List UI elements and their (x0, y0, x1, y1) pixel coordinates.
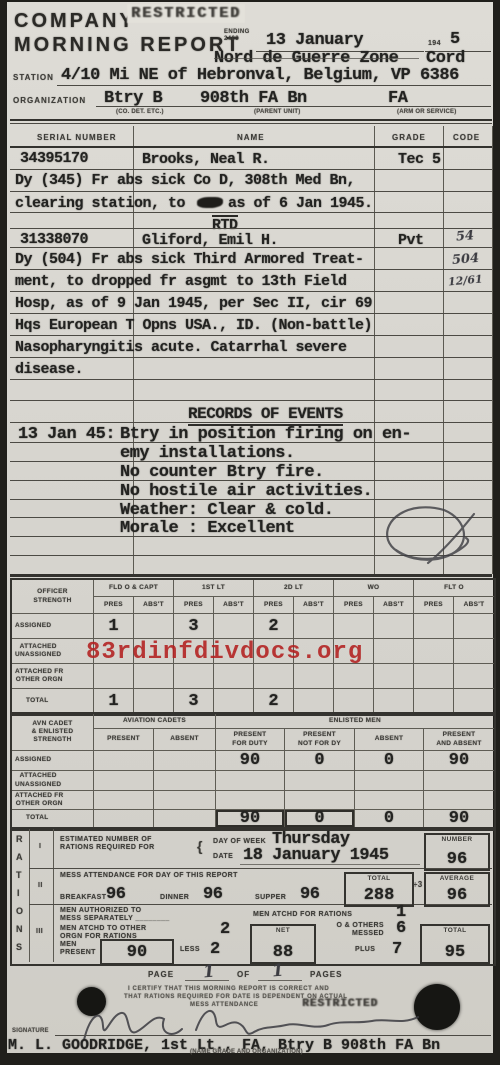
brace: { (197, 838, 203, 855)
col-group-flt-o: FLT O (444, 584, 464, 592)
officer-assigned-1lt-pres: 3 (188, 618, 198, 635)
rations-estimated-label: ESTIMATED NUMBER OF RATIONS REQUIRED FOR (60, 836, 155, 853)
roster-remark: Hosp, as of 9 Jan 1945, per Sec II, cir … (15, 296, 372, 312)
atchd-for-rations-label: MEN ATCHD FOR RATIONS (253, 911, 352, 919)
roster-remark: ment, to dropped fr asgmt to 13th Field (15, 274, 347, 290)
em-total-present-not: 0 (314, 810, 324, 827)
roster-serial: 31338070 (20, 232, 88, 248)
number-label: NUMBER (442, 836, 473, 843)
net-label: NET (276, 927, 290, 934)
roster-col-code: CODE (453, 133, 480, 143)
less-label: LESS (180, 946, 200, 954)
subcol-em-absent: ABSENT (375, 735, 404, 743)
date-value: 18 January 1945 (243, 847, 389, 865)
roster-remark: Dy (345) Fr abs sick Co D, 308th Med Bn, (15, 173, 355, 189)
rations-letter: T (16, 870, 22, 881)
rations-letter: R (16, 834, 23, 845)
rations-numeral-i: I (39, 843, 41, 851)
form-title-line1: COMPANY (14, 11, 136, 31)
roster-grade: Tec 5 (398, 152, 441, 168)
subcol-abst: ABS'T (303, 601, 324, 609)
form-title-line2: MORNING REPORT (14, 35, 242, 55)
plus-label: PLUS (355, 946, 375, 954)
em-assigned-absent: 0 (384, 752, 394, 769)
em-total-present-duty: 90 (240, 810, 260, 827)
em-assigned-present-not: 0 (314, 752, 324, 769)
subcol-cadet-absent: ABSENT (170, 735, 199, 743)
station-label: STATION (13, 73, 54, 83)
date-label: DATE (213, 853, 233, 861)
ending-2400-label: ENDING 2400 (224, 29, 250, 43)
organization-label: ORGANIZATION (13, 96, 86, 106)
signature-label: SIGNATURE (12, 1028, 49, 1035)
subcol-abst: ABS'T (464, 601, 485, 609)
roster-col-grade: GRADE (392, 133, 426, 143)
dinner-label: DINNER (160, 894, 189, 902)
roster-remark: as of 6 Jan 1945. (228, 196, 373, 212)
col-group-enlisted-men: ENLISTED MEN (329, 717, 381, 725)
average-value: 96 (447, 887, 467, 904)
rations-average-box: AVERAGE 96 (424, 872, 490, 907)
col-group-fldo-capt: FLD O & CAPT (109, 584, 158, 592)
subcol-cadet-present: PRESENT (107, 735, 140, 743)
page-label: PAGE (148, 970, 174, 980)
enlisted-strength-title: AVN CADET & ENLISTED STRENGTH (32, 720, 74, 744)
rations-letter: S (16, 942, 22, 953)
scan-edge-top (0, 0, 500, 2)
em-assigned-present-absent: 90 (449, 752, 469, 769)
rations-net-box: NET 88 (250, 924, 316, 964)
subcol-em-present-not: PRESENT NOT FOR DY (298, 731, 341, 747)
officer-total-1lt-pres: 3 (188, 693, 198, 710)
row-label-attached-unassigned: ATTACHED UNASSIGNED (15, 643, 61, 659)
less-value: 2 (210, 941, 220, 959)
rations-total-box: TOTAL 288 (344, 872, 414, 907)
handwritten-q-flourish (372, 500, 482, 572)
station-value: 4/10 Mi NE of Hebronval, Belgium, VP 638… (61, 67, 459, 85)
breakfast-value: 96 (106, 886, 125, 904)
roster-correction-rtd: RTD (212, 215, 238, 234)
row-label-assigned: ASSIGNED (15, 756, 51, 764)
em-total-present-absent: 90 (449, 810, 469, 827)
scan-edge-left (0, 0, 7, 1065)
supper-value: 96 (300, 886, 319, 904)
total-value: 288 (364, 887, 395, 904)
subcol-pres: PRES (264, 601, 283, 609)
code-handwritten: 504 (451, 252, 479, 267)
code-handwritten: 54 (455, 229, 474, 244)
em-assigned-present-duty: 90 (240, 752, 260, 769)
subcol-pres: PRES (424, 601, 443, 609)
col-group-2d-lt: 2D LT (284, 584, 303, 592)
officer-total-fldo-pres: 1 (108, 693, 118, 710)
supper-label: SUPPER (255, 894, 286, 902)
rations-numeral-ii: II (38, 882, 43, 890)
row-label-attached-fr-other: ATTACHED FR OTHER ORGN (15, 668, 64, 684)
breakfast-label: BREAKFAST (60, 894, 106, 902)
subcol-abst: ABS'T (223, 601, 244, 609)
roster-name: Brooks, Neal R. (142, 152, 270, 168)
rations-letter: A (16, 852, 23, 863)
subcol-em-present-absent: PRESENT AND ABSENT (436, 731, 481, 747)
restricted-stamp-top: RESTRICTED (127, 4, 245, 23)
col-group-1st-lt: 1ST LT (202, 584, 225, 592)
dinner-value: 96 (203, 886, 222, 904)
row-label-attached-unassigned: ATTACHED UNASSIGNED (15, 772, 61, 788)
roster-serial: 34395170 (20, 151, 88, 167)
others-messed-value: 6 (396, 920, 406, 938)
roster-remark: disease. (15, 362, 83, 378)
plus-value: 7 (392, 941, 402, 959)
officer-assigned-2lt-pres: 2 (268, 618, 278, 635)
total-label: TOTAL (443, 927, 466, 934)
average-label: AVERAGE (440, 875, 474, 882)
page-number: 1 (202, 964, 215, 982)
correction-blot (197, 197, 223, 208)
men-present-box: 90 (100, 939, 174, 965)
roster-remark: clearing station, to (15, 196, 185, 212)
subcol-pres: PRES (344, 601, 363, 609)
year-value: 5 (450, 31, 460, 49)
men-present-label: MEN PRESENT (60, 941, 96, 958)
atchd-other-orgn-value: 2 (220, 921, 230, 939)
subcol-pres: PRES (104, 601, 123, 609)
report-date-value: 13 January (266, 32, 363, 50)
divide-by-3-note: ÷3 (413, 880, 423, 890)
enlisted-strength-table: AVN CADET & ENLISTED STRENGTH AVIATION C… (10, 712, 496, 829)
org-sublabel-parent: (PARENT UNIT) (254, 109, 300, 116)
pages-label: PAGES (310, 970, 342, 980)
year-preprint: 194 (428, 40, 441, 48)
col-group-aviation-cadets: AVIATION CADETS (123, 717, 186, 725)
row-label-assigned: ASSIGNED (15, 622, 51, 630)
org-sublabel-arm: (ARM OR SERVICE) (397, 109, 456, 116)
net-value: 88 (273, 944, 293, 961)
signed-sublabel: (NAME GRADE AND ORGANIZATION) (190, 1049, 303, 1056)
watermark-text: 83rdinfdivdocs.org (86, 641, 363, 665)
rations-number-box: NUMBER 96 (424, 833, 490, 871)
col-group-wo: WO (368, 584, 380, 592)
officer-assigned-fldo-pres: 1 (108, 618, 118, 635)
grand-total-value: 95 (445, 944, 465, 961)
officer-strength-title: OFFICER STRENGTH (33, 588, 71, 604)
row-label-total: TOTAL (26, 814, 49, 822)
subcol-abst: ABS'T (383, 601, 404, 609)
rations-letter: I (17, 888, 20, 899)
roster-remark: Hqs European T Opns USA., ID. (Non-battl… (15, 318, 372, 334)
others-messed-label: O & OTHERS MESSED (322, 922, 384, 939)
row-label-total: TOTAL (26, 697, 49, 705)
subcol-pres: PRES (184, 601, 203, 609)
subcol-em-present-duty: PRESENT FOR DUTY (232, 731, 268, 747)
rations-letter: O (16, 906, 23, 917)
rations-numeral-iii: III (36, 928, 43, 936)
em-total-absent: 0 (384, 810, 394, 827)
subcol-abst: ABS'T (143, 601, 164, 609)
rations-grand-total-box: TOTAL 95 (420, 924, 490, 964)
row-label-attached-fr-other: ATTACHED FR OTHER ORGN (15, 792, 64, 808)
men-present-value: 90 (127, 944, 147, 961)
of-label: OF (237, 970, 250, 980)
officer-total-2lt-pres: 2 (268, 693, 278, 710)
number-value: 96 (447, 851, 467, 868)
roster-col-name: NAME (237, 133, 265, 143)
total-label: TOTAL (367, 875, 390, 882)
pages-total-number: 1 (271, 963, 284, 981)
mess-attendance-label: MESS ATTENDANCE FOR DAY OF THIS REPORT (60, 872, 238, 880)
roster-remark: Dy (504) Fr abs sick Third Armored Treat… (15, 252, 364, 268)
org-sublabel-unit: (CO. DET. ETC.) (116, 109, 164, 116)
roster-remark: Nasopharyngitis acute. Catarrhal severe (15, 340, 347, 356)
roster-col-serial: SERIAL NUMBER (37, 133, 117, 143)
mess-separately-label: MEN AUTHORIZED TO MESS SEPARATELY ______… (60, 907, 170, 924)
certify-text-line1: I CERTIFY THAT THIS MORNING REPORT IS CO… (128, 986, 329, 993)
code-handwritten: 12/61 (448, 274, 483, 288)
rations-letter: N (16, 924, 23, 935)
